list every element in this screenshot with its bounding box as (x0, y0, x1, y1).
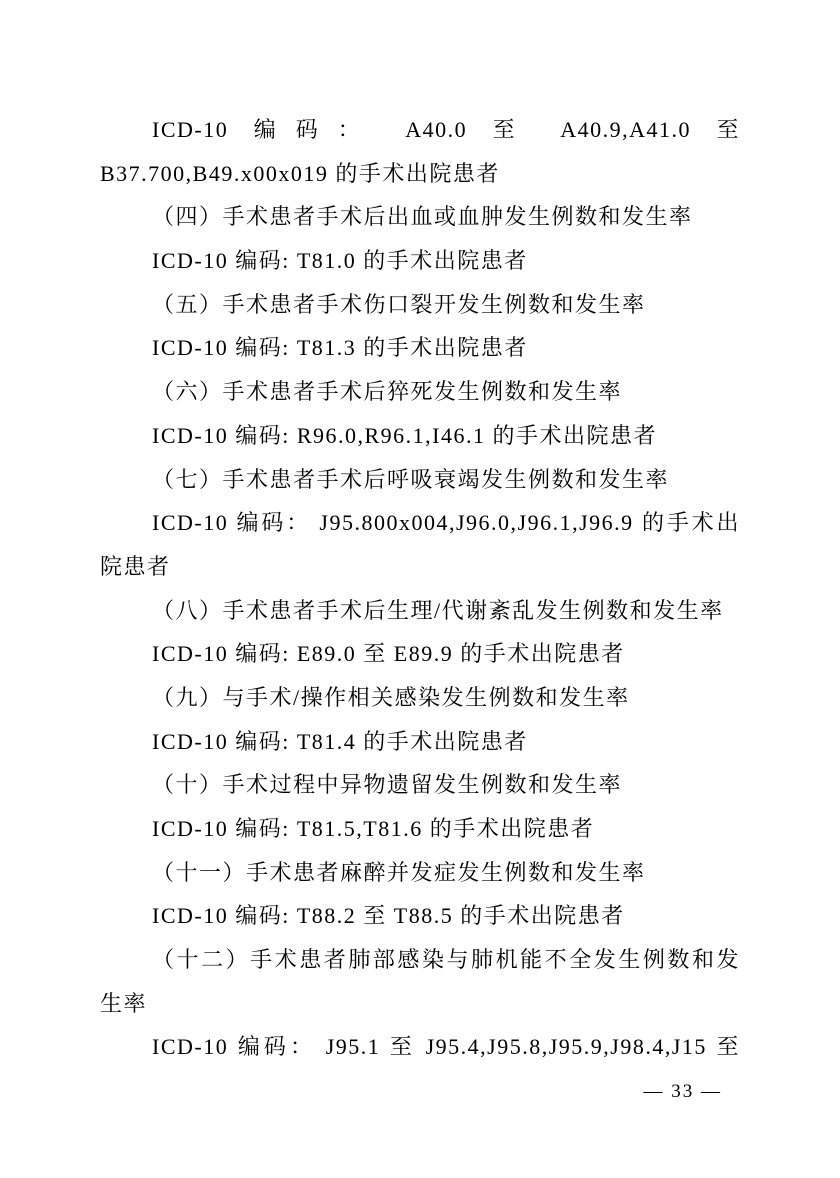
text-line: ICD-10 编码: E89.0 至 E89.9 的手术出院患者 (100, 632, 740, 676)
text-line: （四）手术患者手术后出血或血肿发生例数和发生率 (100, 195, 740, 239)
text-line: B37.700,B49.x00x019 的手术出院患者 (100, 152, 740, 196)
text-line: （十）手术过程中异物遗留发生例数和发生率 (100, 763, 740, 807)
document-page: ICD-10 编码： A40.0 至 A40.9,A41.0 至 A41.9,T… (0, 0, 840, 1178)
text-line: ICD-10 编码: T81.5,T81.6 的手术出院患者 (100, 807, 740, 851)
text-line: ICD-10 编码： A40.0 至 A40.9,A41.0 至 A41.9,T… (100, 108, 740, 152)
page-number: — 33 — (644, 1080, 723, 1104)
text-line: 生率 (100, 982, 740, 1026)
text-line: ICD-10 编码： J95.1 至 J95.4,J95.8,J95.9,J98… (100, 1025, 740, 1069)
text-line: （五）手术患者手术伤口裂开发生例数和发生率 (100, 283, 740, 327)
text-line: ICD-10 编码: R96.0,R96.1,I46.1 的手术出院患者 (100, 414, 740, 458)
text-line: （八）手术患者手术后生理/代谢紊乱发生例数和发生率 (100, 589, 740, 633)
text-line: ICD-10 编码： J95.800x004,J96.0,J96.1,J96.9… (100, 501, 740, 545)
text-line: （十二）手术患者肺部感染与肺机能不全发生例数和发 (100, 938, 740, 982)
text-line: （七）手术患者手术后呼吸衰竭发生例数和发生率 (100, 458, 740, 502)
text-line: ICD-10 编码: T81.0 的手术出院患者 (100, 239, 740, 283)
text-line: （六）手术患者手术后猝死发生例数和发生率 (100, 370, 740, 414)
text-line: ICD-10 编码: T81.3 的手术出院患者 (100, 326, 740, 370)
document-lines: ICD-10 编码： A40.0 至 A40.9,A41.0 至 A41.9,T… (100, 108, 740, 1069)
text-line: （十一）手术患者麻醉并发症发生例数和发生率 (100, 851, 740, 895)
text-line: （九）与手术/操作相关感染发生例数和发生率 (100, 676, 740, 720)
text-line: ICD-10 编码: T81.4 的手术出院患者 (100, 720, 740, 764)
text-line: ICD-10 编码: T88.2 至 T88.5 的手术出院患者 (100, 894, 740, 938)
text-line: 院患者 (100, 545, 740, 589)
